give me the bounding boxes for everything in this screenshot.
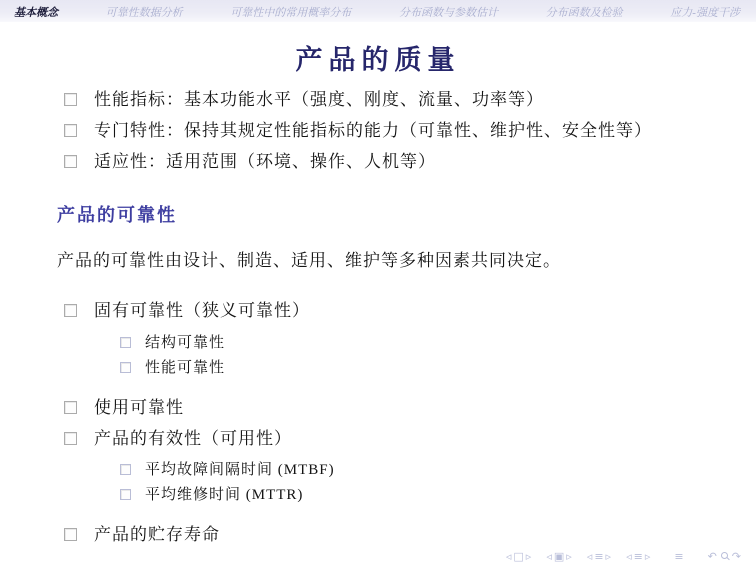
sub-bullet-item: 平均故障间隔时间 (MTBF) (120, 460, 756, 482)
subsection-nav-group: ◃ ≡ ▹ (586, 551, 612, 562)
presentation-slide: 基本概念 可靠性数据分析 可靠性中的常用概率分布 分布函数与参数估计 分布函数及… (0, 0, 756, 567)
bullet-item: 适应性：适用范围（环境、操作、人机等） (64, 149, 756, 175)
bullet-text: 适应性：适用范围（环境、操作、人机等） (94, 149, 436, 175)
nav-item-reliability-data[interactable]: 可靠性数据分析 (106, 4, 183, 20)
search-icon[interactable] (721, 552, 728, 559)
frame-nav-group: ◃ ▣ ▹ (545, 551, 572, 562)
next-section-icon[interactable]: ▹ (645, 551, 651, 562)
history-nav-group: ↶ ↷ (707, 551, 742, 562)
sub-bullet-item: 平均维修时间 (MTTR) (120, 485, 756, 507)
bullet-square-icon (64, 124, 77, 137)
section-navigation-bar: 基本概念 可靠性数据分析 可靠性中的常用概率分布 分布函数与参数估计 分布函数及… (0, 0, 756, 22)
bullet-text: 性能指标：基本功能水平（强度、刚度、流量、功率等） (94, 87, 544, 113)
bullet-text: 性能可靠性 (145, 358, 225, 380)
slide-title: 产品的质量 (0, 38, 756, 77)
bullet-square-icon (64, 401, 77, 414)
forward-icon[interactable]: ↷ (732, 551, 741, 562)
subsection-icon[interactable]: ≡ (594, 551, 603, 562)
bullet-item: 专门特性：保持其规定性能指标的能力（可靠性、维护性、安全性等） (64, 118, 756, 144)
prev-frame-icon[interactable]: ◃ (546, 551, 552, 562)
prev-slide-icon[interactable]: ◃ (506, 551, 512, 562)
next-subsection-icon[interactable]: ▹ (606, 551, 612, 562)
bullet-text: 产品的贮存寿命 (94, 522, 220, 548)
bullet-item: 使用可靠性 (64, 395, 756, 421)
nav-item-stress-strength[interactable]: 应力-强度干涉 (670, 4, 740, 20)
reliability-heading: 产品的可靠性 (57, 201, 756, 227)
section-icon[interactable]: ≡ (634, 551, 643, 562)
nav-item-distribution-tests[interactable]: 分布函数及检验 (546, 4, 623, 20)
bullet-square-icon (120, 464, 131, 475)
bullet-text: 产品的有效性（可用性） (94, 426, 292, 452)
next-slide-icon[interactable]: ▹ (526, 551, 532, 562)
bullet-item: 产品的有效性（可用性） (64, 426, 756, 452)
bullet-text: 结构可靠性 (145, 333, 225, 355)
reliability-intro-text: 产品的可靠性由设计、制造、适用、维护等多种因素共同决定。 (57, 246, 756, 271)
bullet-text: 平均维修时间 (MTTR) (145, 485, 303, 507)
bullet-square-icon (120, 362, 131, 373)
quality-bullet-list: 性能指标：基本功能水平（强度、刚度、流量、功率等） 专门特性：保持其规定性能指标… (64, 87, 756, 174)
bullet-square-icon (64, 93, 77, 106)
back-icon[interactable]: ↶ (708, 551, 717, 562)
bullet-item: 固有可靠性（狭义可靠性） (64, 298, 756, 324)
bullet-text: 固有可靠性（狭义可靠性） (94, 298, 310, 324)
slide-icon[interactable]: □ (513, 551, 523, 562)
bullet-text: 平均故障间隔时间 (MTBF) (145, 460, 335, 482)
slide-nav-group: ◃ □ ▹ (505, 551, 532, 562)
bullet-square-icon (120, 489, 131, 500)
bullet-text: 使用可靠性 (94, 395, 184, 421)
bullet-item: 性能指标：基本功能水平（强度、刚度、流量、功率等） (64, 87, 756, 113)
section-nav-group: ◃ ≡ ▹ (625, 551, 651, 562)
nav-item-probability-distributions[interactable]: 可靠性中的常用概率分布 (230, 4, 351, 20)
appendix-nav-group: ≡ (673, 551, 684, 562)
prev-section-icon[interactable]: ◃ (626, 551, 632, 562)
next-frame-icon[interactable]: ▹ (566, 551, 572, 562)
reliability-bullet-list: 固有可靠性（狭义可靠性） 结构可靠性 性能可靠性 使用可靠性 产品的有效性（可用… (64, 298, 756, 547)
frame-icon[interactable]: ▣ (554, 551, 564, 562)
bullet-square-icon (64, 155, 77, 168)
bullet-item: 产品的贮存寿命 (64, 522, 756, 548)
bullet-square-icon (64, 304, 77, 317)
sub-bullet-item: 结构可靠性 (120, 333, 756, 355)
bullet-text: 专门特性：保持其规定性能指标的能力（可靠性、维护性、安全性等） (94, 118, 652, 144)
nav-item-basic-concepts[interactable]: 基本概念 (14, 4, 58, 20)
nav-item-parameter-estimation[interactable]: 分布函数与参数估计 (399, 4, 498, 20)
beamer-navigation-bar: ◃ □ ▹ ◃ ▣ ▹ ◃ ≡ ▹ ◃ ≡ ▹ ≡ ↶ ↷ (492, 551, 742, 562)
sub-bullet-item: 性能可靠性 (120, 358, 756, 380)
bullet-square-icon (64, 528, 77, 541)
prev-subsection-icon[interactable]: ◃ (587, 551, 593, 562)
appendix-icon[interactable]: ≡ (674, 551, 683, 562)
bullet-square-icon (120, 337, 131, 348)
bullet-square-icon (64, 432, 77, 445)
